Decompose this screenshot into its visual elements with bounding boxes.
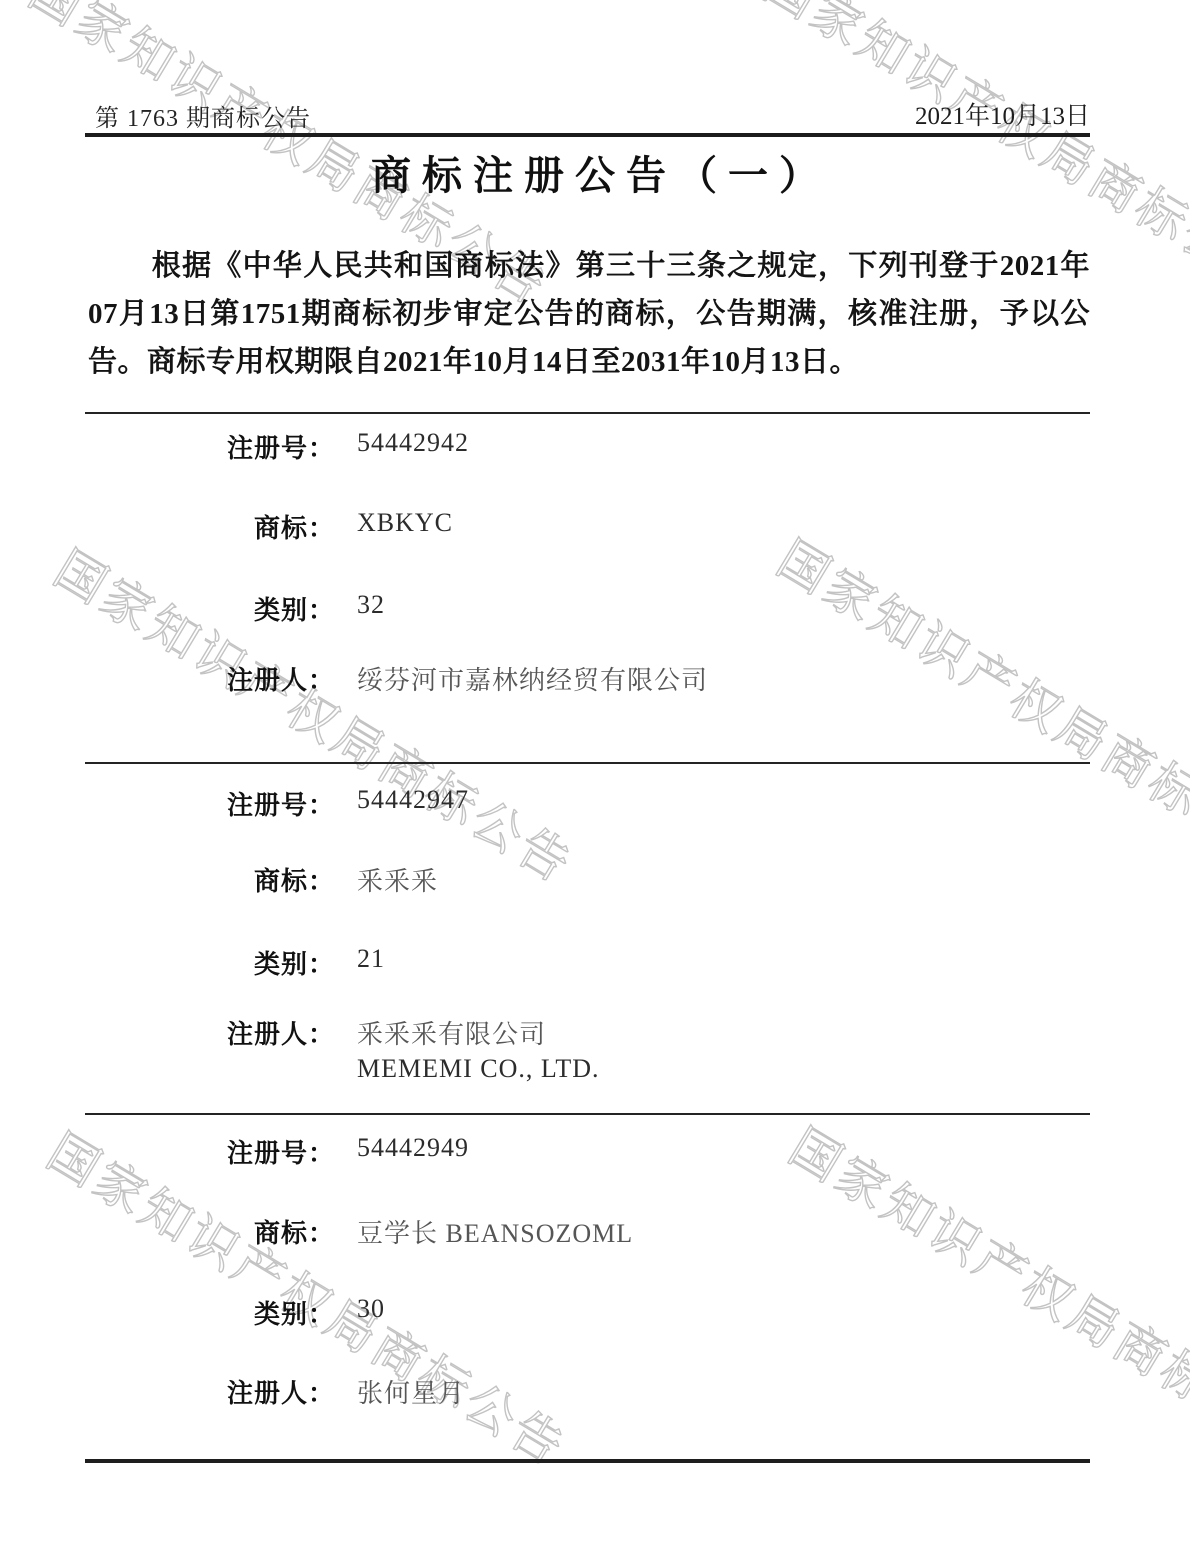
field-row-reg-no: 注册号： 54442949: [85, 1133, 1090, 1169]
field-value-registrant: 张何星月: [357, 1373, 465, 1410]
field-value-class: 32: [357, 590, 385, 620]
page-bottom-rule: [85, 1459, 1090, 1463]
field-row-class: 类别： 21: [85, 944, 1090, 980]
field-value-class: 30: [357, 1294, 385, 1324]
field-label-class: 类别：: [85, 590, 335, 627]
field-label-class: 类别：: [85, 944, 335, 981]
field-value-class: 21: [357, 944, 385, 974]
field-row-registrant: 注册人： 釆釆釆有限公司: [85, 1014, 1090, 1050]
field-label-registrant: 注册人：: [85, 1014, 335, 1051]
field-row-registrant: 注册人： 绥芬河市嘉林纳经贸有限公司: [85, 660, 1090, 696]
field-label-trademark: 商标：: [85, 1213, 335, 1250]
header-rule: [85, 133, 1090, 137]
field-label-trademark: 商标：: [85, 508, 335, 545]
entry-divider: [85, 1113, 1090, 1115]
field-value-reg-no: 54442942: [357, 428, 469, 458]
field-value-reg-no: 54442949: [357, 1133, 469, 1163]
publication-date: 2021年10月13日: [915, 96, 1090, 132]
field-row-class: 类别： 30: [85, 1294, 1090, 1330]
field-label-class: 类别：: [85, 1294, 335, 1331]
field-label-reg-no: 注册号：: [85, 785, 335, 822]
field-value-reg-no: 54442947: [357, 785, 469, 815]
field-row-trademark: 商标： 豆学长 BEANSOZOML: [85, 1213, 1090, 1249]
content-layer: 第 1763 期商标公告 2021年10月13日 商标注册公告（一） 根据《中华…: [0, 0, 1190, 1564]
field-label-registrant: 注册人：: [85, 660, 335, 697]
entry-divider: [85, 762, 1090, 764]
field-label-trademark: 商标：: [85, 861, 335, 898]
field-row-reg-no: 注册号： 54442942: [85, 428, 1090, 464]
field-row-reg-no: 注册号： 54442947: [85, 785, 1090, 821]
field-label-reg-no: 注册号：: [85, 428, 335, 465]
field-row-trademark: 商标： XBKYC: [85, 508, 1090, 544]
field-value-registrant: 釆釆釆有限公司: [357, 1014, 546, 1051]
entry-divider: [85, 412, 1090, 414]
field-value-trademark: 釆釆釆: [357, 861, 438, 898]
issue-number: 第 1763 期商标公告: [95, 98, 311, 133]
field-row-class: 类别： 32: [85, 590, 1090, 626]
field-label-reg-no: 注册号：: [85, 1133, 335, 1170]
field-value-trademark: XBKYC: [357, 508, 453, 538]
field-row-registrant: 注册人： 张何星月: [85, 1373, 1090, 1409]
field-label-registrant: 注册人：: [85, 1373, 335, 1410]
field-row-trademark: 商标： 釆釆釆: [85, 861, 1090, 897]
gazette-page: 国家知识产权局商标公告 国家知识产权局商标公告 国家知识产权局商标公告 国家知识…: [0, 0, 1190, 1564]
field-value-registrant-en: MEMEMI CO., LTD.: [357, 1054, 600, 1084]
field-value-registrant: 绥芬河市嘉林纳经贸有限公司: [357, 660, 708, 697]
field-value-trademark: 豆学长 BEANSOZOML: [357, 1213, 633, 1250]
page-title: 商标注册公告（一）: [0, 144, 1190, 201]
field-row-registrant-en: MEMEMI CO., LTD.: [85, 1054, 1090, 1090]
intro-paragraph: 根据《中华人民共和国商标法》第三十三条之规定，下列刊登于2021年07月13日第…: [88, 242, 1090, 386]
